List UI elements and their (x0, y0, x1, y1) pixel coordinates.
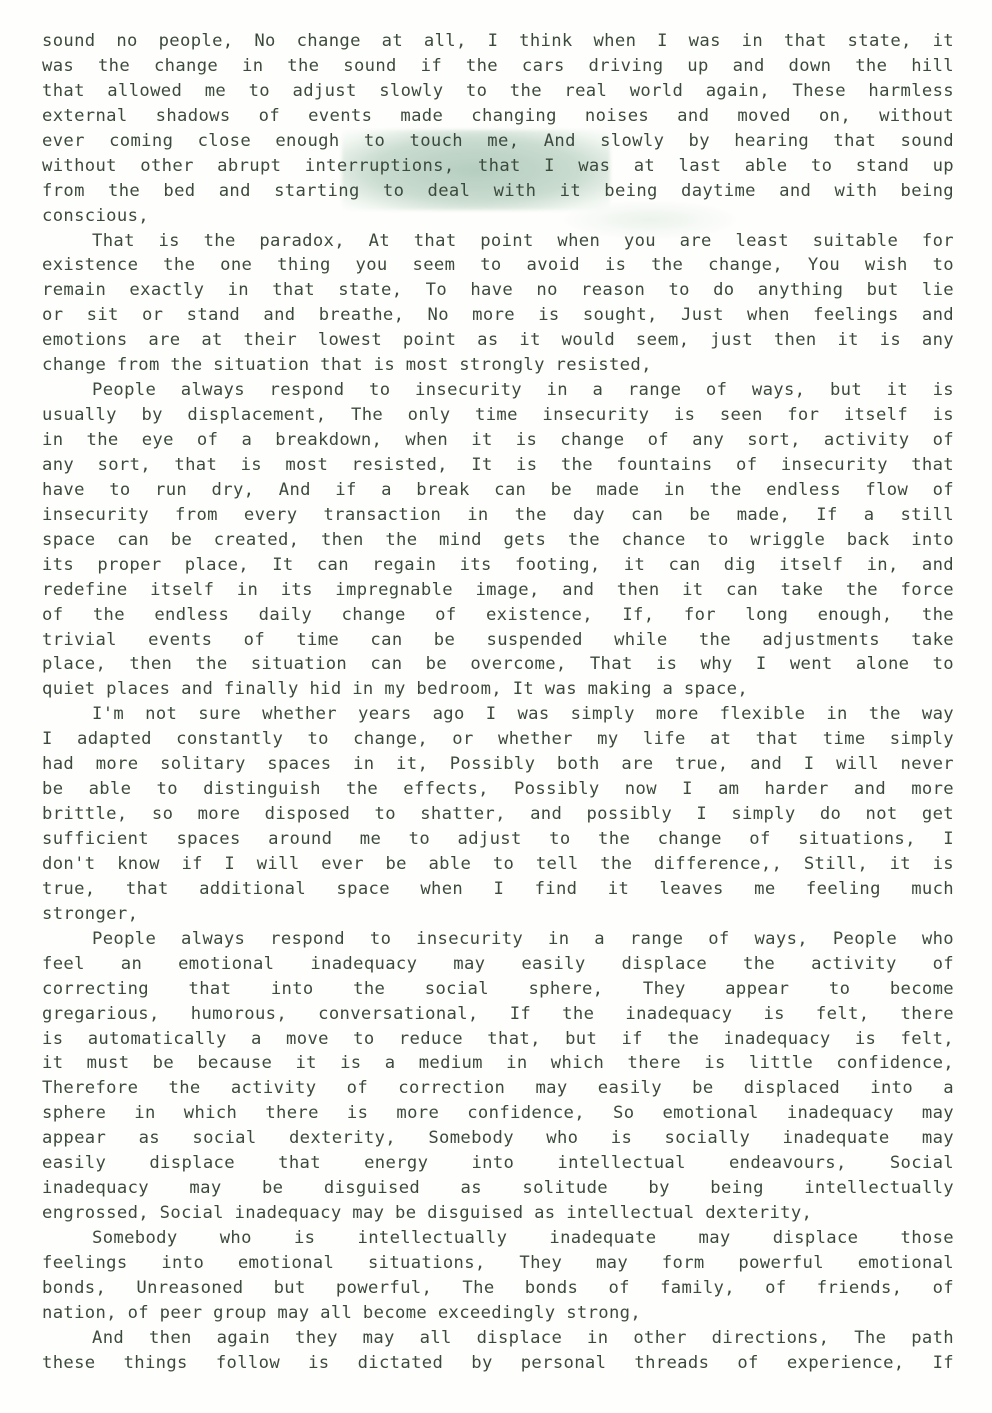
text-line: in the eye of a breakdown, when it is ch… (42, 428, 954, 453)
text-line: trivial events of time can be suspended … (42, 628, 954, 653)
text-line: appear as social dexterity, Somebody who… (42, 1126, 954, 1151)
text-line: or sit or stand and breathe, No more is … (42, 303, 954, 328)
text-line: engrossed, Social inadequacy may be disg… (42, 1201, 954, 1226)
text-line: Somebody who is intellectually inadequat… (42, 1226, 954, 1251)
text-line: from the bed and starting to deal with i… (42, 179, 954, 204)
scanned-page: sound no people, No change at all, I thi… (0, 0, 992, 1413)
paragraph: People always respond to insecurity in a… (42, 378, 954, 702)
text-line: stronger, (42, 902, 954, 927)
text-line: be able to distinguish the effects, Poss… (42, 777, 954, 802)
text-line: external shadows of events made changing… (42, 104, 954, 129)
text-line: usually by displacement, The only time i… (42, 403, 954, 428)
text-line: existence the one thing you seem to avoi… (42, 253, 954, 278)
paragraph: I'm not sure whether years ago I was sim… (42, 702, 954, 926)
text-line: it must be because it is a medium in whi… (42, 1051, 954, 1076)
text-line: don't know if I will ever be able to tel… (42, 852, 954, 877)
text-line: sufficient spaces around me to adjust to… (42, 827, 954, 852)
paragraph: Somebody who is intellectually inadequat… (42, 1226, 954, 1326)
text-line: its proper place, It can regain its foot… (42, 553, 954, 578)
text-line: feelings into emotional situations, They… (42, 1251, 954, 1276)
text-line: without other abrupt interruptions, that… (42, 154, 954, 179)
text-line: was the change in the sound if the cars … (42, 54, 954, 79)
text-line: quiet places and finally hid in my bedro… (42, 677, 954, 702)
text-line: That is the paradox, At that point when … (42, 229, 954, 254)
text-line: sound no people, No change at all, I thi… (42, 29, 954, 54)
text-line: conscious, (42, 204, 954, 229)
text-line: sphere in which there is more confidence… (42, 1101, 954, 1126)
text-line: I'm not sure whether years ago I was sim… (42, 702, 954, 727)
text-line: space can be created, then the mind gets… (42, 528, 954, 553)
text-line: is automatically a move to reduce that, … (42, 1027, 954, 1052)
text-line: Therefore the activity of correction may… (42, 1076, 954, 1101)
paragraph: People always respond to insecurity in a… (42, 927, 954, 1226)
text-line: And then again they may all displace in … (42, 1326, 954, 1351)
text-line: that allowed me to adjust slowly to the … (42, 79, 954, 104)
paragraph: And then again they may all displace in … (42, 1326, 954, 1376)
text-line: remain exactly in that state, To have no… (42, 278, 954, 303)
text-line: any sort, that is most resisted, It is t… (42, 453, 954, 478)
text-line: these things follow is dictated by perso… (42, 1351, 954, 1376)
text-line: had more solitary spaces in it, Possibly… (42, 752, 954, 777)
text-line: have to run dry, And if a break can be m… (42, 478, 954, 503)
document-body: sound no people, No change at all, I thi… (42, 29, 954, 1376)
text-line: People always respond to insecurity in a… (42, 927, 954, 952)
text-line: correcting that into the social sphere, … (42, 977, 954, 1002)
text-line: easily displace that energy into intelle… (42, 1151, 954, 1176)
text-line: nation, of peer group may all become exc… (42, 1301, 954, 1326)
text-line: brittle, so more disposed to shatter, an… (42, 802, 954, 827)
text-line: true, that additional space when I find … (42, 877, 954, 902)
text-line: of the endless daily change of existence… (42, 603, 954, 628)
text-line: gregarious, humorous, conversational, If… (42, 1002, 954, 1027)
text-line: insecurity from every transaction in the… (42, 503, 954, 528)
text-line: ever coming close enough to touch me, An… (42, 129, 954, 154)
text-line: inadequacy may be disguised as solitude … (42, 1176, 954, 1201)
text-line: change from the situation that is most s… (42, 353, 954, 378)
text-line: emotions are at their lowest point as it… (42, 328, 954, 353)
text-line: People always respond to insecurity in a… (42, 378, 954, 403)
text-line: place, then the situation can be overcom… (42, 652, 954, 677)
paragraph: That is the paradox, At that point when … (42, 229, 954, 379)
text-line: feel an emotional inadequacy may easily … (42, 952, 954, 977)
text-line: redefine itself in its impregnable image… (42, 578, 954, 603)
text-line: I adapted constantly to change, or wheth… (42, 727, 954, 752)
text-line: bonds, Unreasoned but powerful, The bond… (42, 1276, 954, 1301)
paragraph: sound no people, No change at all, I thi… (42, 29, 954, 229)
